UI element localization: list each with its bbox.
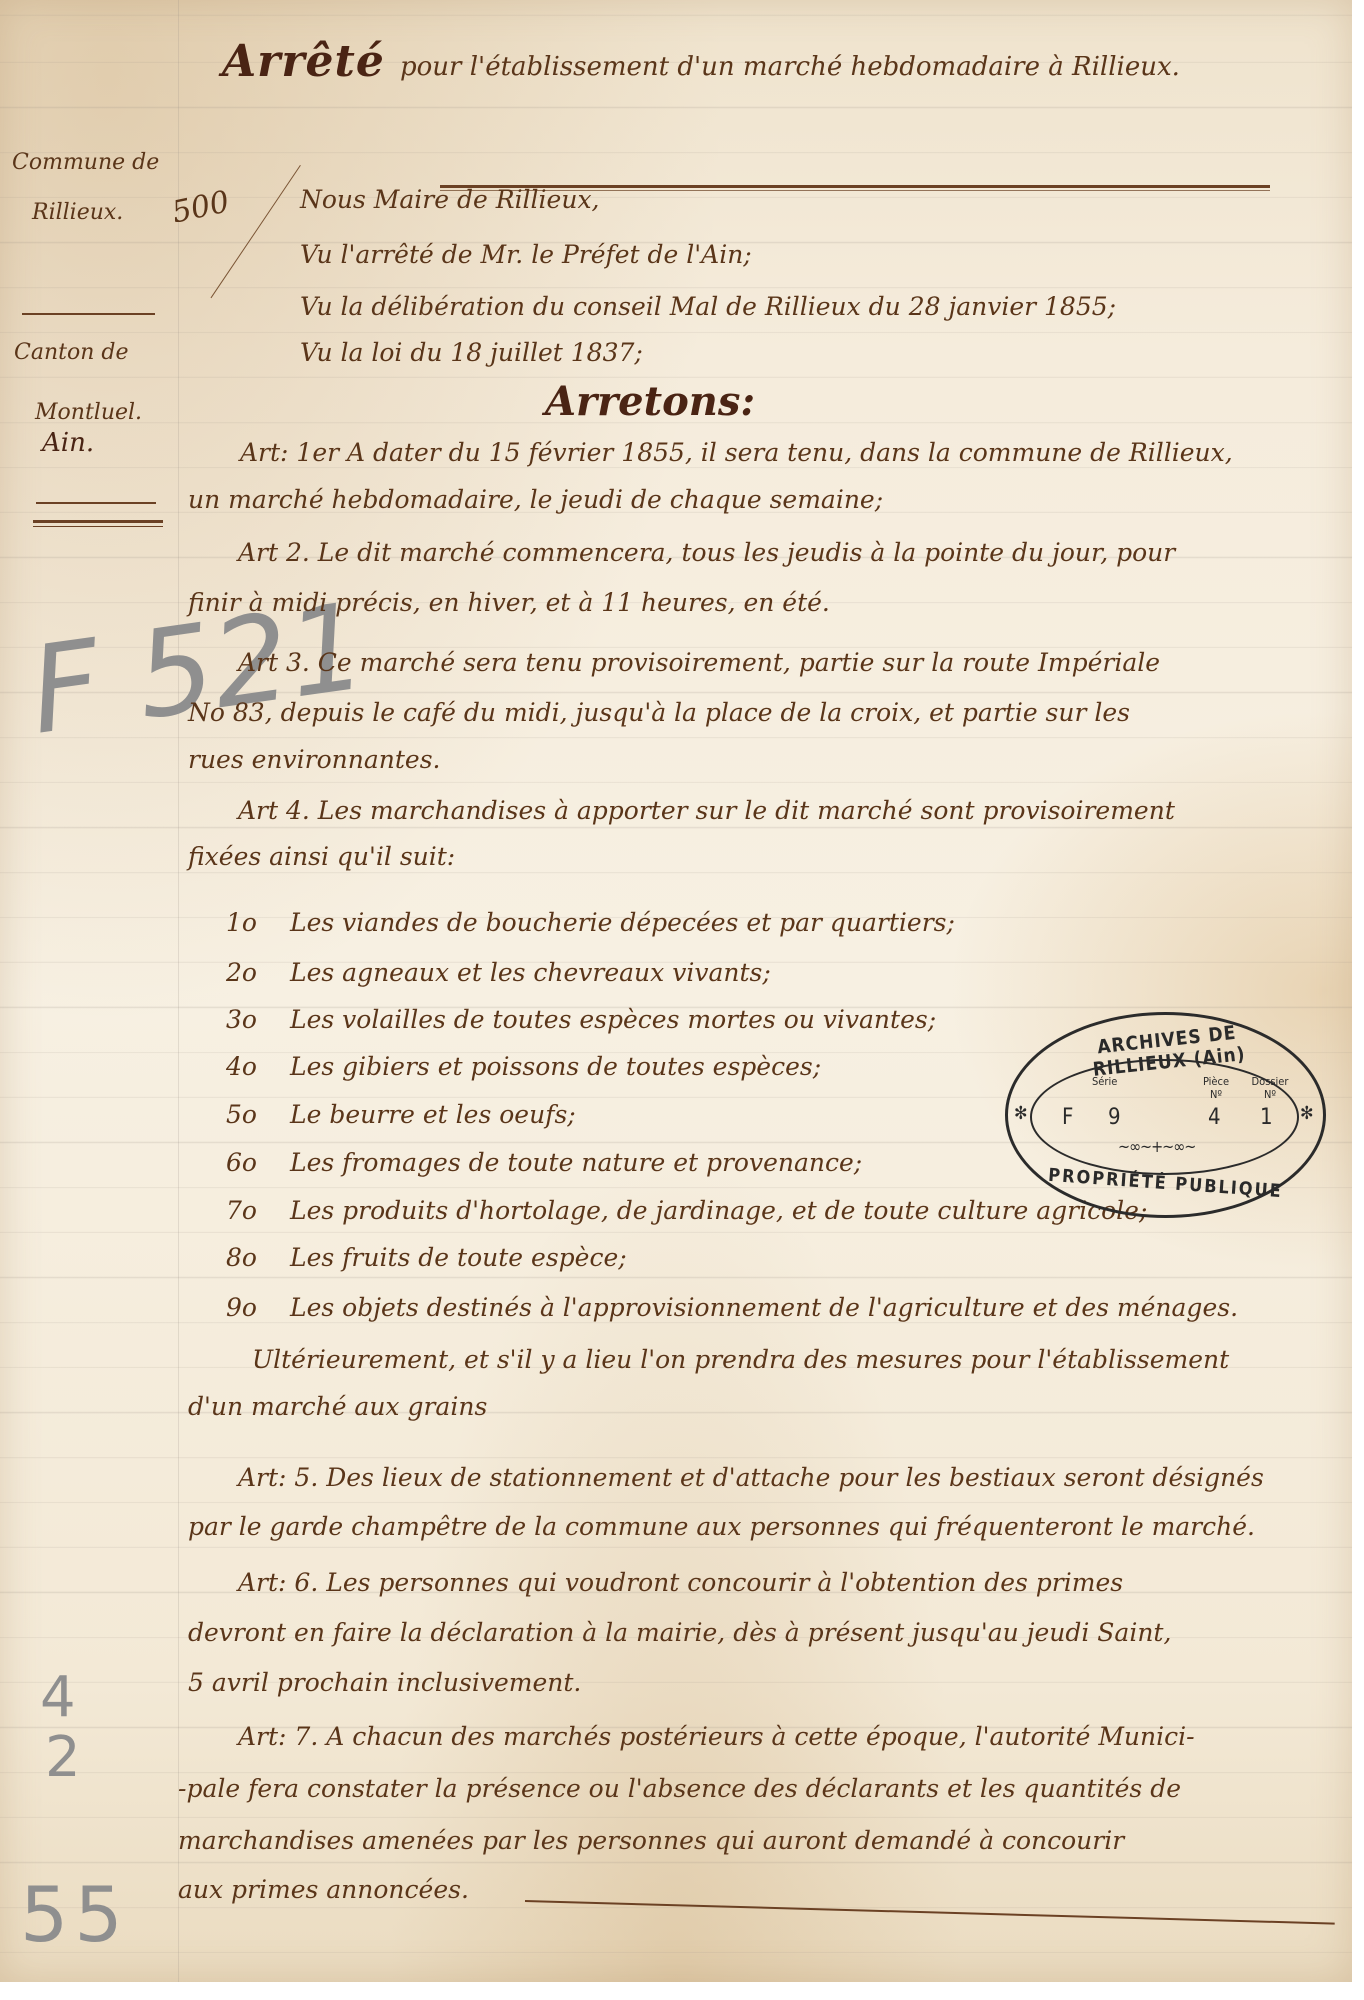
- preamble-line: Nous Maire de Rillieux,: [300, 185, 600, 214]
- body-line: Art 2. Le dit marché commencera, tous le…: [238, 538, 1175, 567]
- stamp-star-left-icon: ✻: [1014, 1103, 1028, 1124]
- list-item-number: 2o: [226, 958, 257, 987]
- stamp-dossier-value: 1: [1260, 1105, 1273, 1130]
- body-line: No 83, depuis le café du midi, jusqu'à l…: [188, 698, 1130, 727]
- list-item-number: 9o: [226, 1293, 257, 1322]
- list-item-number: 3o: [226, 1005, 257, 1034]
- list-item: Les produits d'hortolage, de jardinage, …: [290, 1196, 1147, 1225]
- pencil-bottom-1: 4: [40, 1665, 76, 1730]
- list-item-number: 7o: [226, 1196, 257, 1225]
- closing-line: marchandises amenées par les personnes q…: [178, 1826, 1124, 1855]
- list-item-number: 6o: [226, 1148, 257, 1177]
- body-line: fixées ainsi qu'il suit:: [188, 842, 455, 871]
- margin-divider-3: [33, 520, 163, 523]
- body-line: un marché hebdomadaire, le jeudi de chaq…: [188, 485, 883, 514]
- body-line: Art 3. Ce marché sera tenu provisoiremen…: [238, 648, 1160, 677]
- margin-department: Ain.: [42, 428, 94, 458]
- title-main: Arrêté: [222, 36, 385, 87]
- list-item-number: 4o: [226, 1052, 257, 1081]
- preamble-line: Vu la délibération du conseil Mal de Ril…: [300, 292, 1116, 321]
- list-item: Les fruits de toute espèce;: [290, 1243, 627, 1272]
- margin-divider-1: [22, 313, 155, 315]
- list-item: Les gibiers et poissons de toutes espèce…: [290, 1052, 821, 1081]
- stamp-serie-value: F: [1062, 1105, 1073, 1130]
- closing-line: Art: 7. A chacun des marchés postérieurs…: [238, 1722, 1195, 1751]
- margin-canton-name: Montluel.: [35, 400, 142, 425]
- margin-canton-label: Canton de: [14, 340, 128, 365]
- closing-line: par le garde champêtre de la commune aux…: [188, 1512, 1255, 1541]
- stamp-serie-number: 9: [1108, 1105, 1121, 1130]
- closing-line: Art: 5. Des lieux de stationnement et d'…: [238, 1463, 1264, 1492]
- stamp-piece-label: Pièce Nº: [1196, 1075, 1236, 1101]
- margin-divider-2: [36, 502, 156, 504]
- body-line: Art 4. Les marchandises à apporter sur l…: [238, 796, 1175, 825]
- preamble-line: Vu la loi du 18 juillet 1837;: [300, 338, 643, 367]
- closing-line: devront en faire la déclaration à la mai…: [188, 1618, 1171, 1647]
- closing-line: Ultérieurement, et s'il y a lieu l'on pr…: [252, 1345, 1229, 1374]
- pencil-bottom-2: 2: [45, 1725, 81, 1790]
- closing-line: -pale fera constater la présence ou l'ab…: [178, 1774, 1181, 1803]
- list-item: Les agneaux et les chevreaux vivants;: [290, 958, 771, 987]
- stamp-serie-label: Série: [1092, 1075, 1117, 1088]
- title-rest: pour l'établissement d'un marché hebdoma…: [400, 52, 1180, 82]
- document-page: Arrêté pour l'établissement d'un marché …: [0, 0, 1352, 1982]
- heading-arretons: Arretons:: [545, 378, 755, 425]
- body-line: Art: 1er A dater du 15 février 1855, il …: [240, 438, 1233, 467]
- list-item: Les viandes de boucherie dépecées et par…: [290, 908, 955, 937]
- closing-line: d'un marché aux grains: [188, 1392, 487, 1421]
- archive-stamp: ARCHIVES DE RILLIEUX (Ain) Série Pièce N…: [1005, 1012, 1326, 1218]
- body-line: finir à midi précis, en hiver, et à 11 h…: [188, 588, 830, 617]
- pencil-bottom-3: 55: [20, 1870, 129, 1959]
- list-item: Le beurre et les oeufs;: [290, 1100, 576, 1129]
- list-item: Les objets destinés à l'approvisionnemen…: [290, 1293, 1238, 1322]
- list-item-number: 1o: [226, 908, 257, 937]
- stamp-star-right-icon: ✻: [1300, 1103, 1314, 1124]
- closing-line: Art: 6. Les personnes qui voudront conco…: [238, 1568, 1123, 1597]
- body-line: rues environnantes.: [188, 745, 440, 774]
- stamp-dossier-label: Dossier Nº: [1248, 1075, 1292, 1101]
- closing-line: aux primes annoncées.: [178, 1875, 469, 1904]
- margin-rule: [178, 0, 179, 1982]
- stamp-ornament-icon: ~∞~+~∞~: [1118, 1137, 1195, 1156]
- margin-commune-name: Rillieux.: [32, 200, 123, 225]
- closing-line: 5 avril prochain inclusivement.: [188, 1668, 581, 1697]
- preamble-line: Vu l'arrêté de Mr. le Préfet de l'Ain;: [300, 240, 752, 269]
- margin-divider-3b: [33, 526, 163, 527]
- list-item-number: 8o: [226, 1243, 257, 1272]
- list-item-number: 5o: [226, 1100, 257, 1129]
- margin-commune-label: Commune de: [12, 150, 159, 175]
- list-item: Les volailles de toutes espèces mortes o…: [290, 1005, 936, 1034]
- stamp-piece-value: 4: [1208, 1105, 1221, 1130]
- list-item: Les fromages de toute nature et provenan…: [290, 1148, 862, 1177]
